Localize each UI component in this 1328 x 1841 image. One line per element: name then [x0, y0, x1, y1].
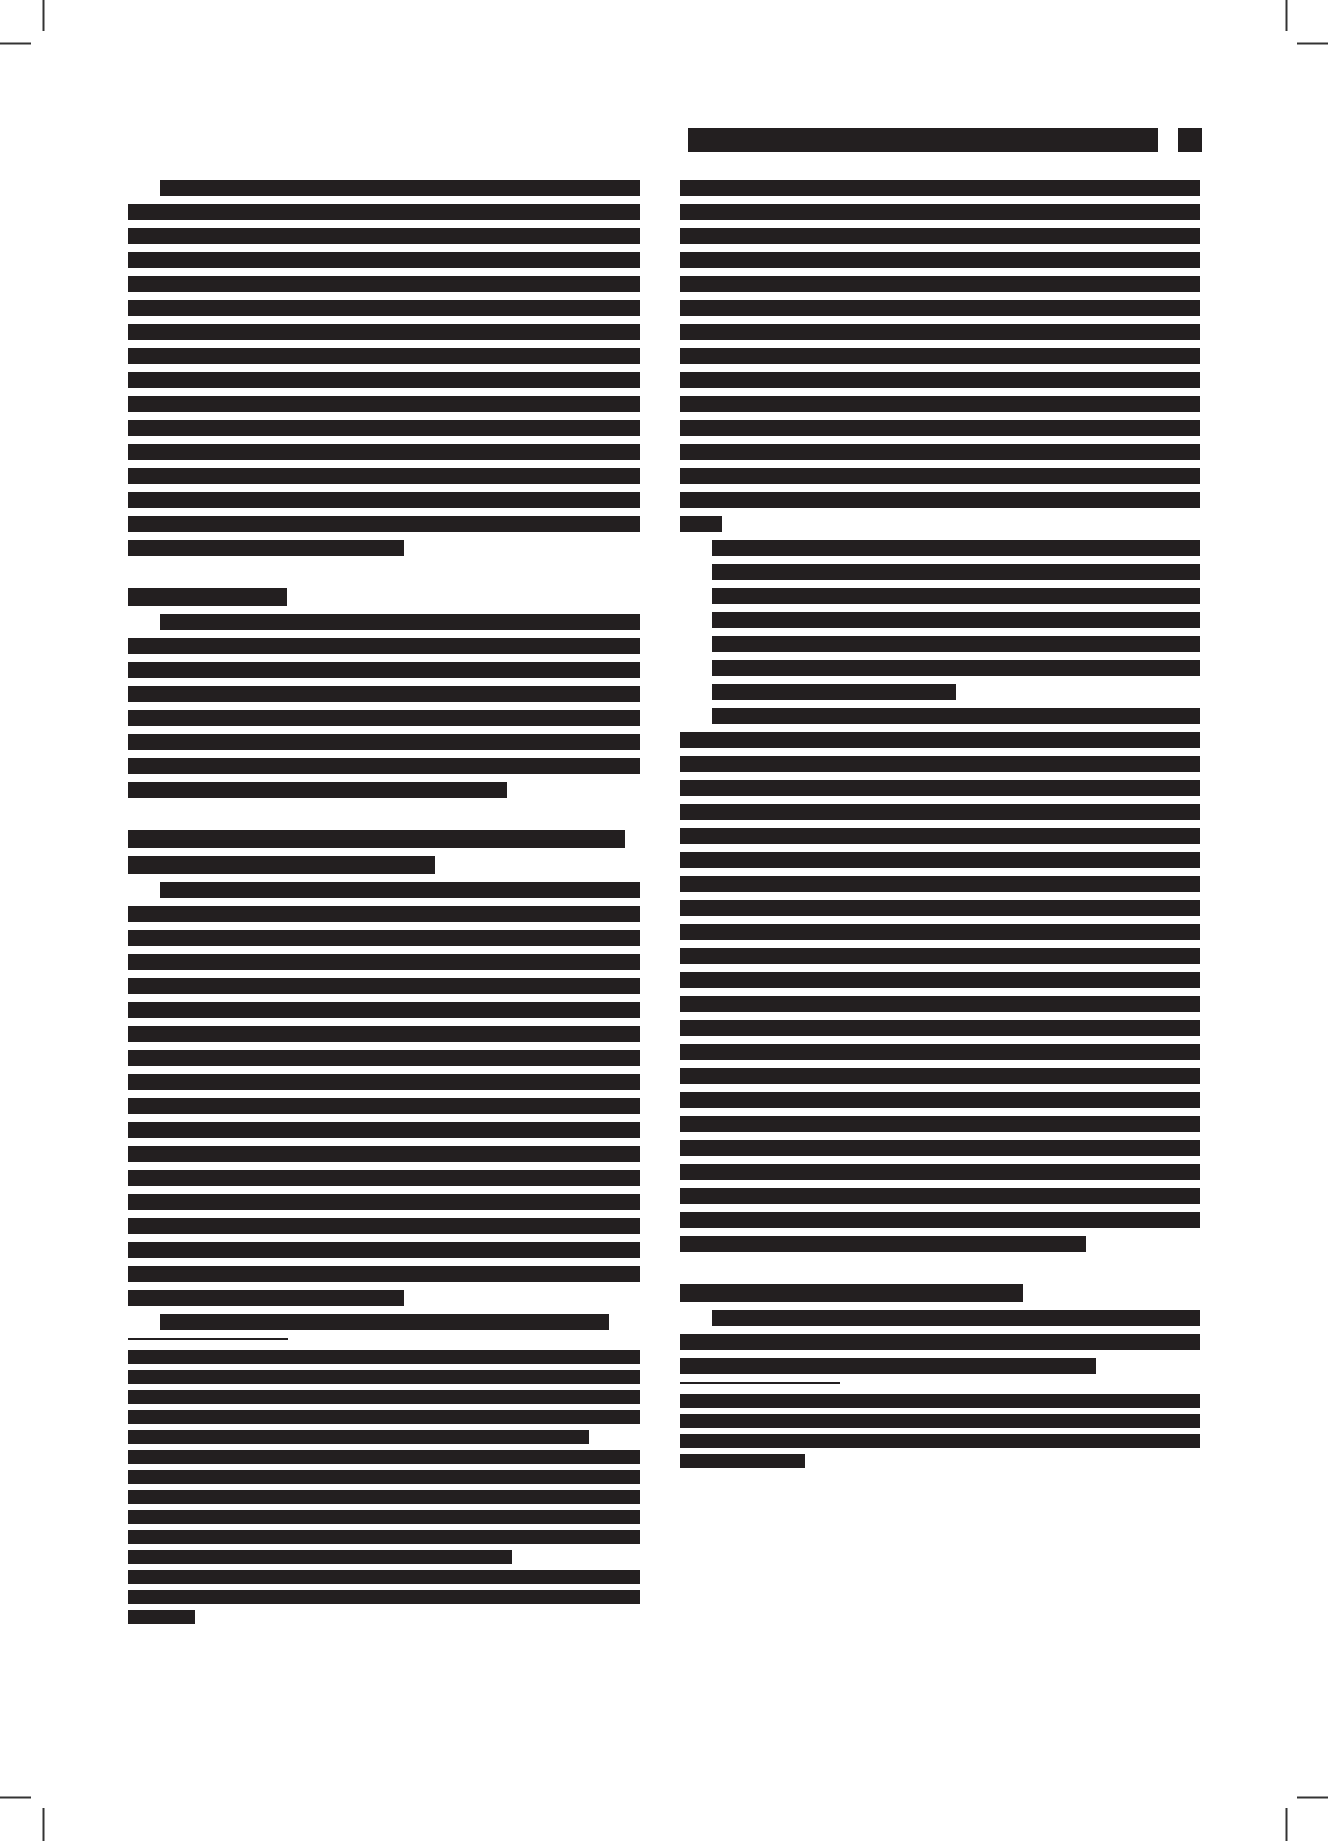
- text-line: [680, 804, 1200, 820]
- text-line: [128, 1170, 640, 1186]
- text-line: [680, 204, 1200, 220]
- text-line: [128, 1590, 640, 1604]
- text-line: [680, 924, 1200, 940]
- block-quote: [illegible block quotation]: [712, 540, 1200, 700]
- paragraph: [illegible paragraph]: [128, 614, 640, 798]
- text-line: [128, 468, 640, 484]
- paragraph: [illegible paragraph continued]: [680, 180, 1200, 532]
- paragraph: [illegible paragraph]: [128, 180, 640, 556]
- text-line: [128, 1570, 640, 1584]
- paragraph: [illegible paragraph]: [680, 1310, 1200, 1374]
- text-line: [128, 1050, 640, 1066]
- text-line: [128, 1146, 640, 1162]
- text-line: [128, 906, 640, 922]
- text-line: [128, 710, 640, 726]
- text-line: [712, 612, 1200, 628]
- text-line: [128, 662, 640, 678]
- text-line: [128, 420, 640, 436]
- text-line: [128, 1370, 640, 1384]
- text-line: [680, 1394, 1200, 1408]
- text-line: [680, 1140, 1200, 1156]
- crop-mark: [1285, 1808, 1288, 1841]
- crop-mark: [0, 1796, 31, 1799]
- text-line: [128, 1350, 640, 1364]
- text-line: [128, 734, 640, 750]
- text-line: [128, 588, 287, 606]
- text-line: [128, 782, 507, 798]
- text-line: [128, 540, 404, 556]
- text-line: [680, 1068, 1200, 1084]
- text-line: [680, 1164, 1200, 1180]
- text-line: [128, 1390, 640, 1404]
- text-line: [680, 180, 1200, 196]
- text-line: [680, 468, 1200, 484]
- text-line: [128, 252, 640, 268]
- crop-mark: [42, 0, 45, 31]
- text-line: [128, 954, 640, 970]
- text-line: [128, 1610, 195, 1624]
- text-line: [680, 372, 1200, 388]
- right-column: [illegible paragraph continued][illegibl…: [680, 180, 1200, 1474]
- text-line: [680, 348, 1200, 364]
- section-spacer: [128, 806, 640, 830]
- footnote-separator: [128, 1338, 288, 1340]
- text-line: [128, 1242, 640, 1258]
- text-line: [680, 1212, 1200, 1228]
- text-line: [712, 708, 1200, 724]
- text-line: [680, 1414, 1200, 1428]
- text-line: [160, 1314, 609, 1330]
- text-line: [128, 1002, 640, 1018]
- text-line: [680, 1358, 1096, 1374]
- text-line: [128, 930, 640, 946]
- section-heading: [illegible subsection heading]: [680, 1284, 1200, 1302]
- paragraph: [illegible paragraph]: [128, 882, 640, 1306]
- text-line: [712, 540, 1200, 556]
- text-line: [128, 638, 640, 654]
- text-line: [160, 180, 640, 196]
- text-line: [712, 588, 1200, 604]
- text-line: [680, 324, 1200, 340]
- text-line: [712, 684, 956, 700]
- crop-mark: [1297, 1796, 1328, 1799]
- text-line: [128, 1098, 640, 1114]
- text-line: [128, 1218, 640, 1234]
- crop-mark: [1297, 42, 1328, 45]
- text-line: [128, 300, 640, 316]
- text-line: [128, 324, 640, 340]
- text-line: [680, 1284, 1023, 1302]
- text-line: [128, 1194, 640, 1210]
- section-heading: [illegible section heading]: [128, 588, 640, 606]
- text-line: [128, 396, 640, 412]
- text-line: [128, 1074, 640, 1090]
- text-line: [128, 1510, 640, 1524]
- text-line: [680, 516, 722, 532]
- text-line: [680, 420, 1200, 436]
- paragraph: [illegible paragraph]: [128, 1314, 640, 1330]
- text-line: [128, 686, 640, 702]
- text-line: [680, 276, 1200, 292]
- text-line: [128, 856, 435, 874]
- text-line: [680, 1334, 1200, 1350]
- text-line: [680, 852, 1200, 868]
- text-line: [680, 1236, 1086, 1252]
- text-line: [712, 636, 1200, 652]
- text-line: [680, 228, 1200, 244]
- text-line: [128, 758, 640, 774]
- page-number: [illegible]: [1178, 128, 1202, 152]
- text-line: [128, 228, 640, 244]
- text-line: [128, 1470, 640, 1484]
- text-line: [128, 1490, 640, 1504]
- text-line: [128, 276, 640, 292]
- text-line: [680, 876, 1200, 892]
- section-spacer: [128, 564, 640, 588]
- text-line: [128, 1122, 640, 1138]
- crop-mark: [1285, 0, 1288, 31]
- text-line: [680, 732, 1200, 748]
- text-line: [160, 614, 640, 630]
- text-line: [680, 1188, 1200, 1204]
- text-line: [128, 348, 640, 364]
- text-line: [680, 396, 1200, 412]
- text-line: [712, 564, 1200, 580]
- text-line: [128, 1530, 640, 1544]
- text-line: [680, 492, 1200, 508]
- text-line: [128, 492, 640, 508]
- crop-mark: [42, 1808, 45, 1841]
- left-column: [illegible paragraph][illegible section …: [128, 180, 640, 1630]
- text-line: [128, 830, 625, 848]
- text-line: [680, 1454, 805, 1468]
- text-line: [128, 1026, 640, 1042]
- crop-mark: [0, 42, 31, 45]
- footnotes: [illegible footnotes]: [128, 1350, 640, 1624]
- text-line: [680, 900, 1200, 916]
- footnote-separator: [680, 1382, 840, 1384]
- footnotes: [illegible footnote]: [680, 1394, 1200, 1468]
- section-spacer: [680, 1260, 1200, 1284]
- text-line: [128, 1266, 640, 1282]
- text-line: [680, 996, 1200, 1012]
- text-line: [128, 444, 640, 460]
- text-line: [128, 1290, 404, 1306]
- text-line: [128, 204, 640, 220]
- running-head: [illegible running title] [illegible]: [688, 128, 1198, 152]
- text-line: [128, 372, 640, 388]
- text-line: [680, 1020, 1200, 1036]
- text-line: [712, 660, 1200, 676]
- text-line: [680, 948, 1200, 964]
- text-line: [680, 1092, 1200, 1108]
- text-line: [128, 978, 640, 994]
- text-line: [128, 1550, 512, 1564]
- text-line: [160, 882, 640, 898]
- text-line: [680, 780, 1200, 796]
- text-line: [680, 444, 1200, 460]
- text-line: [128, 1410, 640, 1424]
- text-line: [680, 756, 1200, 772]
- text-line: [680, 1044, 1200, 1060]
- section-heading: [illegible subsection heading]: [128, 830, 640, 874]
- text-line: [680, 252, 1200, 268]
- text-line: [712, 1310, 1200, 1326]
- running-title: [illegible running title]: [688, 128, 1158, 152]
- text-line: [680, 972, 1200, 988]
- text-line: [680, 1434, 1200, 1448]
- text-line: [128, 516, 640, 532]
- text-line: [680, 1116, 1200, 1132]
- text-line: [680, 300, 1200, 316]
- text-line: [680, 828, 1200, 844]
- paragraph: [illegible paragraph]: [680, 708, 1200, 1252]
- text-line: [128, 1430, 589, 1444]
- text-line: [128, 1450, 640, 1464]
